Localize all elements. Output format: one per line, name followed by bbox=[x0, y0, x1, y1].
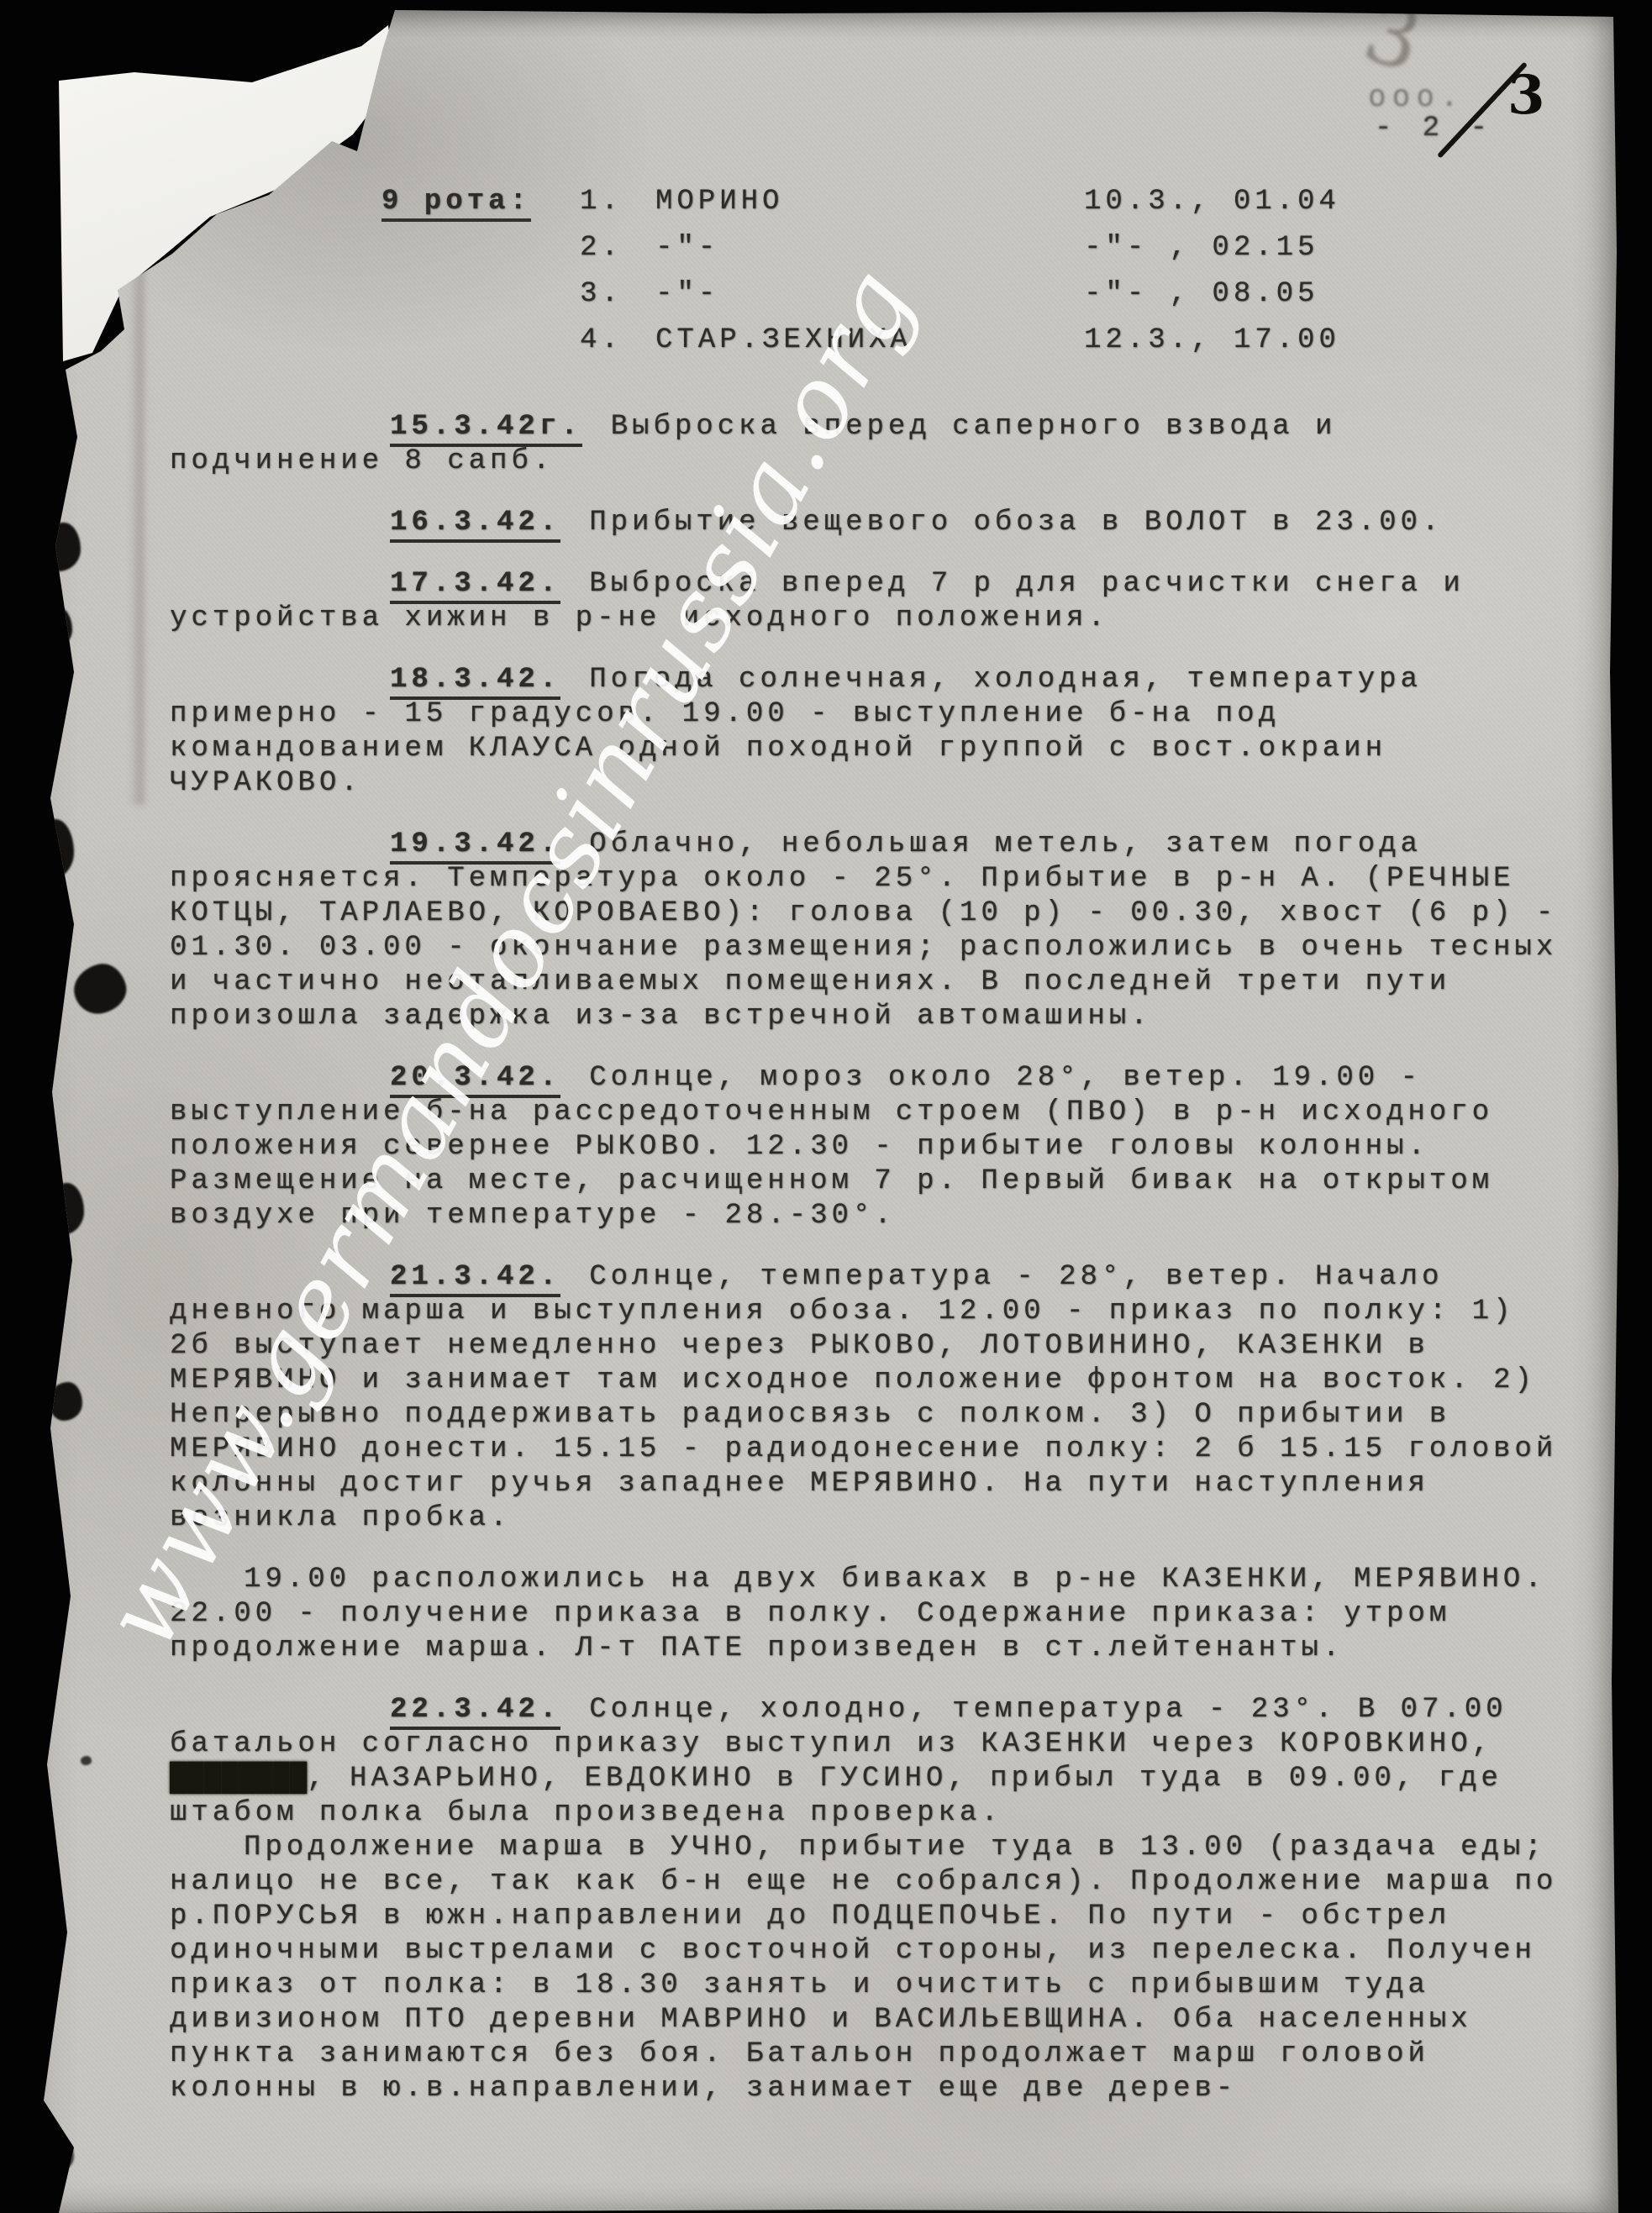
entry-text: 19.00 расположились на двух биваках в р-… bbox=[170, 1564, 1546, 1664]
date-time: 12.3., 17.00 bbox=[1084, 323, 1569, 358]
ink-blot bbox=[44, 2138, 74, 2172]
company-label: 9 рота: bbox=[381, 185, 580, 219]
diary-entry: 21.3.42.Солнце, температура - 28°, ветер… bbox=[170, 1260, 1569, 1536]
diary-entry: 20.3.42.Солнце, мороз около 28°, ветер. … bbox=[170, 1061, 1569, 1233]
diary-entry: 19.3.42.Облачно, небольшая метель, затем… bbox=[170, 828, 1569, 1034]
row-number: 1. bbox=[580, 185, 655, 219]
entry-date: 18.3.42. bbox=[390, 664, 560, 700]
punch-hole bbox=[40, 523, 81, 571]
row-number: 3. bbox=[580, 277, 655, 312]
date-time: 10.3., 01.04 bbox=[1084, 185, 1569, 219]
punch-hole bbox=[37, 607, 72, 649]
entry-date: 16.3.42. bbox=[390, 507, 560, 543]
struck-out-word: ████████ bbox=[170, 1763, 307, 1795]
entry-date: 22.3.42. bbox=[390, 1694, 560, 1730]
punch-hole bbox=[44, 1183, 84, 1235]
row-number: 2. bbox=[580, 231, 655, 265]
entry-date: 15.3.42г. bbox=[390, 411, 582, 447]
company-arrival-table: 9 рота: 1. МОРИНО 10.3., 01.04 2. -"- -"… bbox=[381, 185, 1569, 370]
diary-entry-continuation: 19.00 расположились на двух биваках в р-… bbox=[170, 1563, 1569, 1666]
punch-hole bbox=[70, 959, 131, 1018]
punch-hole bbox=[30, 819, 74, 880]
entry-text: Прибытие вещевого обоза в ВОЛОТ в 23.00. bbox=[589, 507, 1443, 539]
scanned-document: 3 ооо. - 2 - 3 9 рота: 1. МОРИНО 10.3., … bbox=[0, 0, 1652, 2213]
diary-entry: 22.3.42.Солнце, холодно, температура - 2… bbox=[170, 1693, 1569, 1831]
table-row: 4. СТАР.ЗЕХНИХА 12.3., 17.00 bbox=[381, 323, 1569, 370]
document-page: 3 ооо. - 2 - 3 9 рота: 1. МОРИНО 10.3., … bbox=[30, 7, 1622, 2213]
date-time: -"- , 08.05 bbox=[1084, 277, 1569, 312]
row-number: 4. bbox=[580, 323, 655, 358]
entry-text: Выброска вперед 7 р для расчистки снега … bbox=[170, 568, 1465, 634]
entry-text: Облачно, небольшая метель, затем погода … bbox=[170, 828, 1557, 1033]
ink-blot bbox=[49, 1382, 82, 1421]
entry-text: , НАЗАРЬИНО, ЕВДОКИНО в ГУСИНО, прибыл т… bbox=[170, 1763, 1502, 1829]
table-row: 9 рота: 1. МОРИНО 10.3., 01.04 bbox=[381, 185, 1569, 231]
table-row: 3. -"- -"- , 08.05 bbox=[381, 277, 1569, 323]
entry-date: 17.3.42. bbox=[390, 568, 560, 604]
place-name: СТАР.ЗЕХНИХА bbox=[655, 323, 1084, 358]
diary-entry: 15.3.42г.Выброска вперед саперного взвод… bbox=[170, 410, 1569, 479]
date-time: -"- , 02.15 bbox=[1084, 231, 1569, 265]
diary-entry: 16.3.42.Прибытие вещевого обоза в ВОЛОТ … bbox=[170, 506, 1569, 540]
place-name: -"- bbox=[655, 277, 1084, 312]
diary-entry-continuation: Продолжение марша в УЧНО, прибытие туда … bbox=[170, 1831, 1569, 2106]
typed-text: 9 рота: 1. МОРИНО 10.3., 01.04 2. -"- -"… bbox=[170, 7, 1569, 2106]
place-name: -"- bbox=[655, 231, 1084, 265]
ink-speck bbox=[81, 1756, 92, 1765]
entry-date: 21.3.42. bbox=[390, 1261, 560, 1297]
entry-text: Солнце, холодно, температура - 23°. В 07… bbox=[170, 1694, 1507, 1760]
entry-text: Продолжение марша в УЧНО, прибытие туда … bbox=[170, 1832, 1557, 2105]
table-row: 2. -"- -"- , 02.15 bbox=[381, 231, 1569, 277]
diary-entry: 17.3.42.Выброска вперед 7 р для расчистк… bbox=[170, 567, 1569, 636]
entry-text: Выброска вперед саперного взвода и подчи… bbox=[170, 411, 1336, 477]
entry-date: 20.3.42. bbox=[390, 1062, 560, 1098]
entry-date: 19.3.42. bbox=[390, 828, 560, 865]
place-name: МОРИНО bbox=[655, 185, 1084, 219]
entry-text: Солнце, температура - 28°, ветер. Начало… bbox=[170, 1261, 1557, 1534]
diary-entry: 18.3.42.Погода солнечная, холодная, темп… bbox=[170, 663, 1569, 801]
entry-text: Погода солнечная, холодная, температура … bbox=[170, 664, 1422, 799]
entry-text: Солнце, мороз около 28°, ветер. 19.00 - … bbox=[170, 1062, 1493, 1232]
